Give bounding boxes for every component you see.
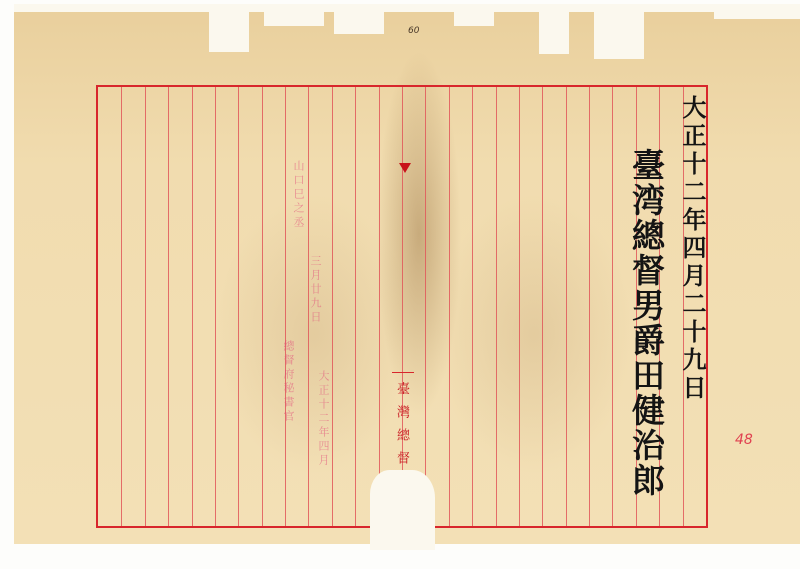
faded-stamp: 三月廿九日 [307,255,323,325]
torn-edge [539,4,569,54]
column-rule [425,87,426,526]
column-rule [379,87,380,526]
torn-edge [714,4,800,19]
column-rule [168,87,169,526]
column-rule [332,87,333,526]
torn-edge [334,4,384,34]
center-divider [392,372,414,373]
column-rule [238,87,239,526]
column-rule [519,87,520,526]
column-rule [215,87,216,526]
faded-stamp: 大正十二年四月 [315,370,331,468]
column-rule [496,87,497,526]
column-rule [285,87,286,526]
signatory-line: 臺湾總督男爵田健治郎 [623,148,670,498]
column-rule [355,87,356,526]
column-rule [542,87,543,526]
column-rule [449,87,450,526]
column-rule [121,87,122,526]
column-rule [612,87,613,526]
torn-edge [14,4,800,12]
column-rule [589,87,590,526]
torn-edge [594,4,644,59]
faded-stamp: 山口巳之丞 [290,160,306,230]
date-line: 大正十二年四月二十九日 [675,95,710,403]
column-rule [566,87,567,526]
faded-stamp: 總督府秘書官 [280,340,296,424]
fishtail-center-mark [399,163,411,173]
column-rule [145,87,146,526]
page-number: 48 [735,432,753,448]
torn-edge [264,4,324,26]
archive-mark: 60 [408,26,419,36]
torn-edge [454,4,494,26]
column-rule [472,87,473,526]
column-rule [192,87,193,526]
torn-edge [209,4,249,52]
torn-edge [370,470,435,550]
column-rule [262,87,263,526]
